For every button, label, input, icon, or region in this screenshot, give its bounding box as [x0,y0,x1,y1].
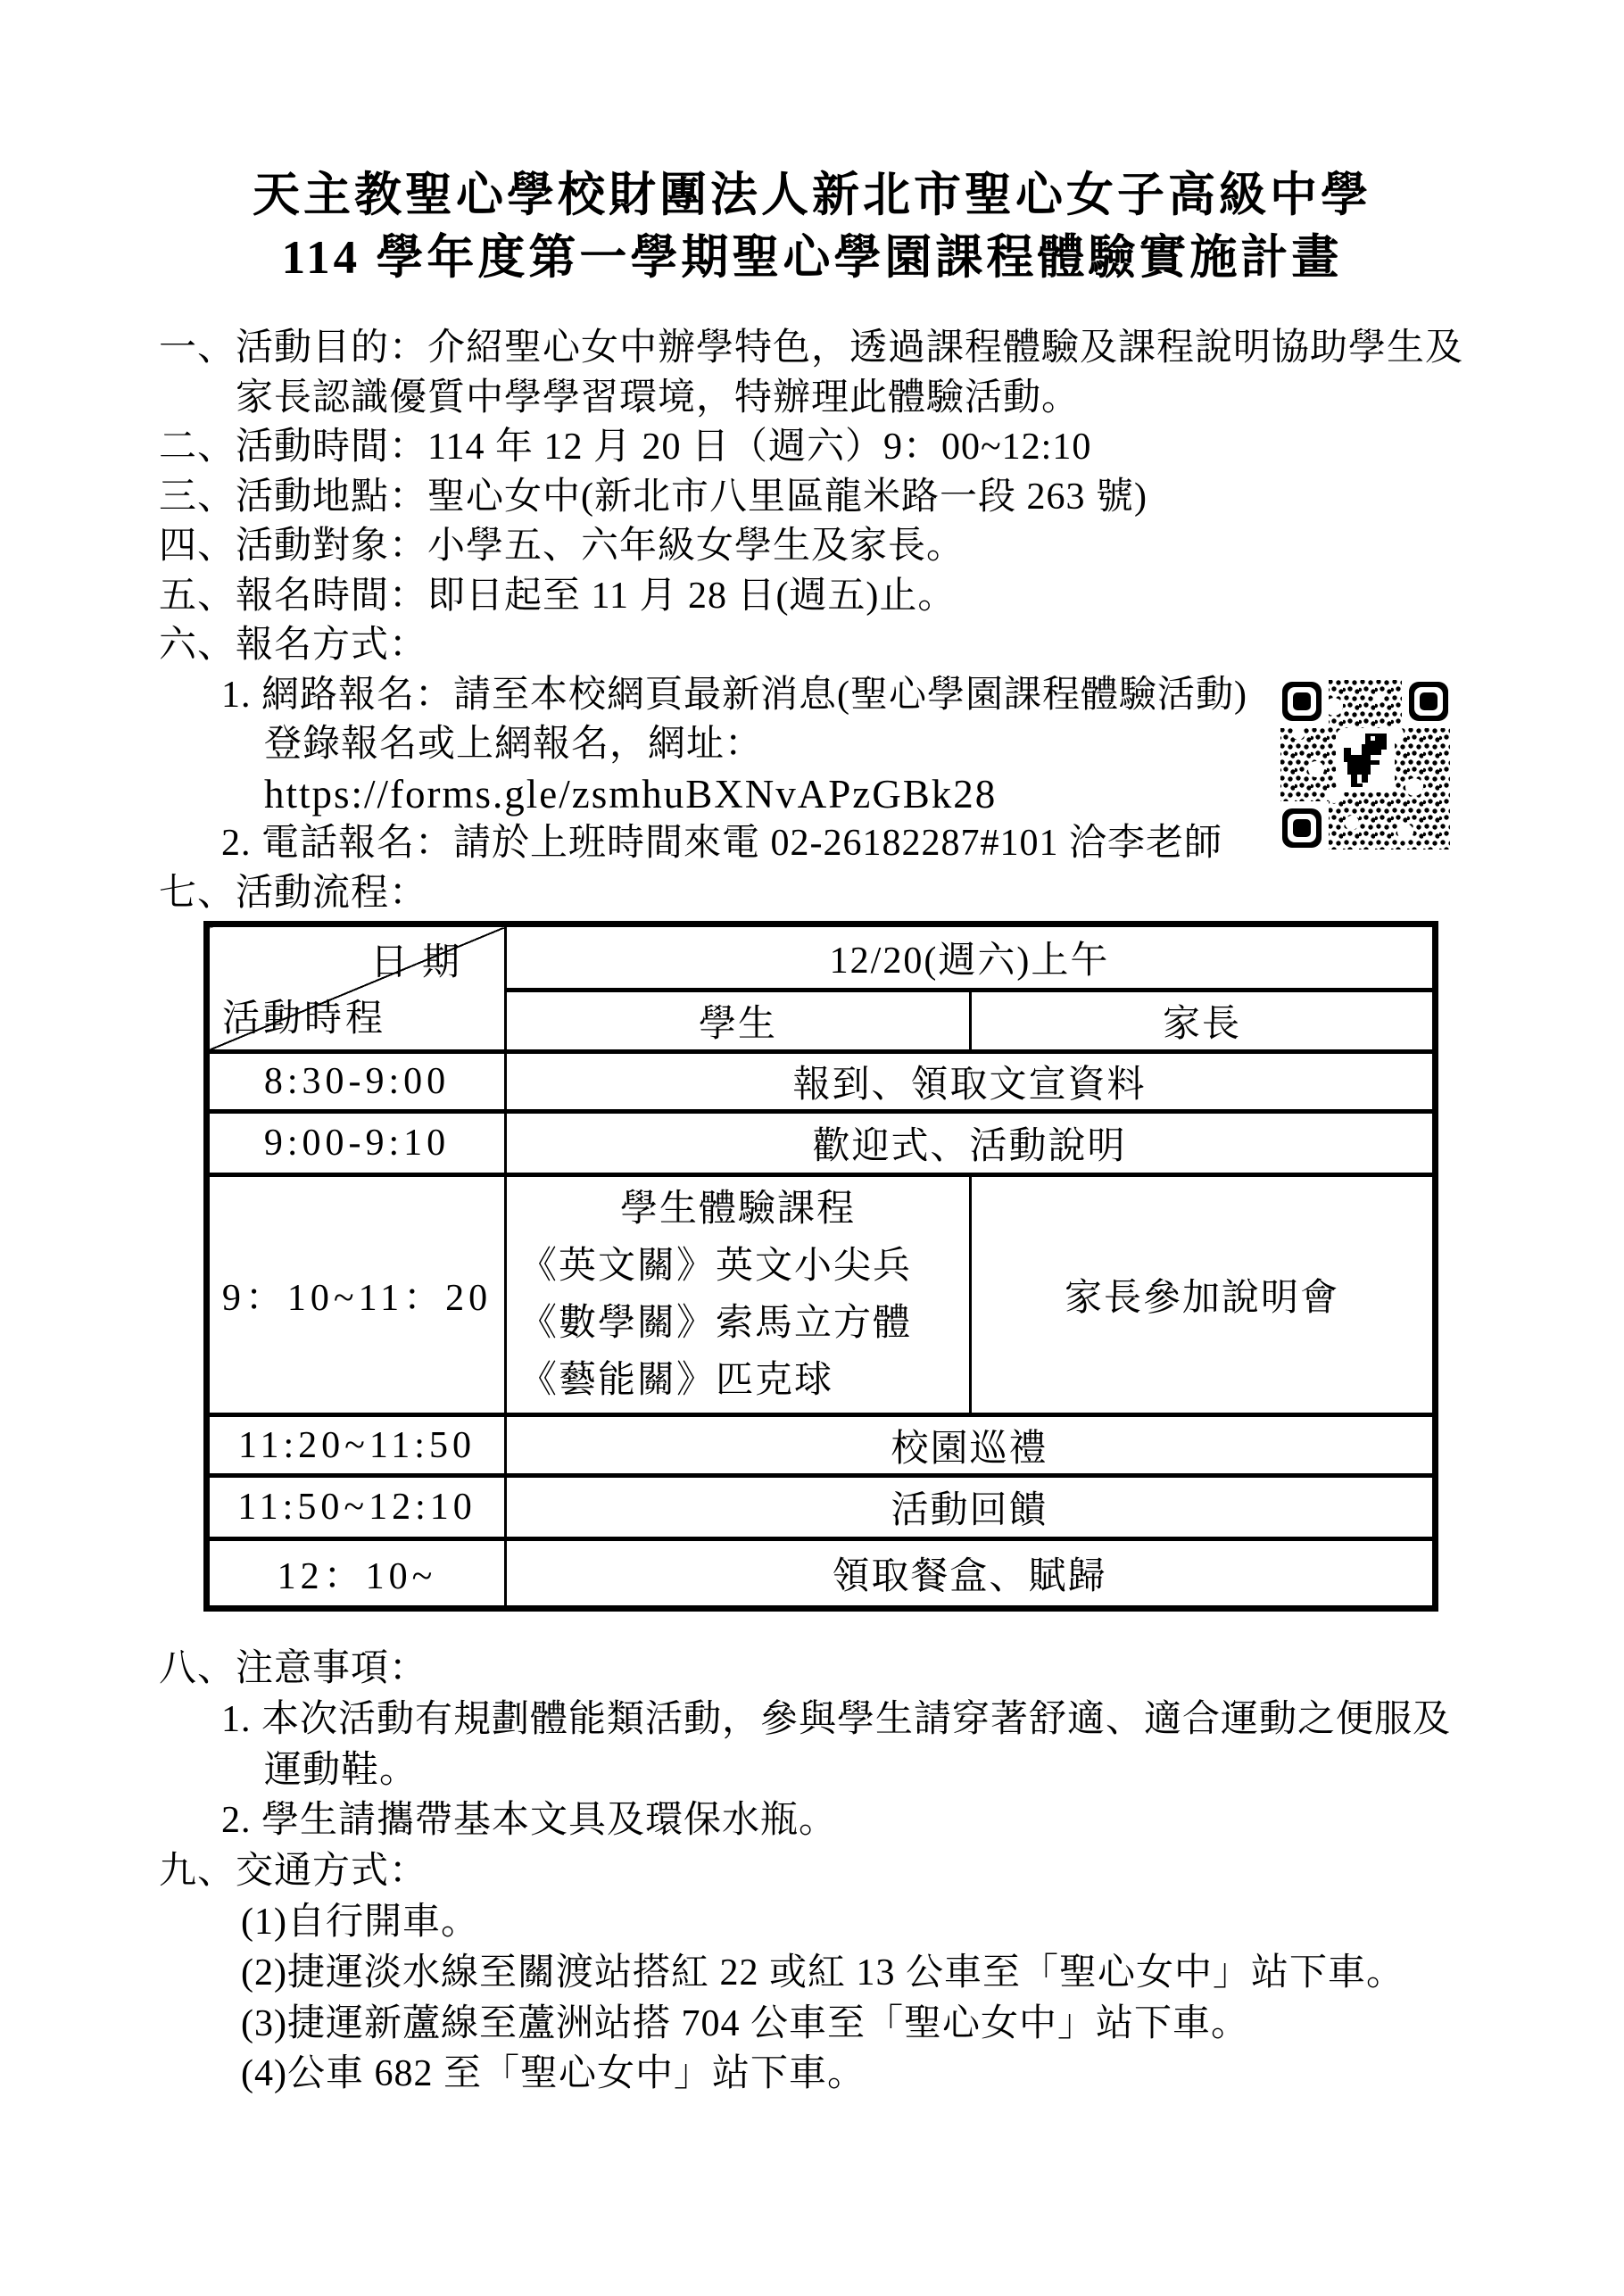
table-row: 12：10~ 領取餐盒、賦歸 [207,1539,1436,1609]
item-notes-heading: 八、注意事項： [159,1644,1451,1695]
table-row: 9:00-9:10 歡迎式、活動說明 [207,1112,1436,1175]
document-title-line2: 114 學年度第一學期聖心學園課程體驗實施計畫 [0,220,1624,287]
table-row: 11:20~11:50 校園巡禮 [207,1415,1436,1476]
item-transport-1: (1)自行開車。 [241,1897,1451,1948]
document-page: 天主教聖心學校財團法人新北市聖心女子高級中學 114 學年度第一學期聖心學園課程… [0,0,1624,2296]
item-transport-heading: 九、交通方式： [159,1846,1451,1897]
item-audience: 四、活動對象：小學五、六年級女學生及家長。 [159,522,1463,572]
item-online-registration: 1. 網路報名：請至本校網頁最新消息(聖心學園課程體驗活動) [221,671,1463,721]
row-time: 11:50~12:10 [207,1476,506,1539]
row-time: 11:20~11:50 [207,1415,506,1476]
row-time: 9：10~11：20 [207,1175,506,1415]
qr-code [1279,678,1452,851]
table-row: 9：10~11：20 學生體驗課程 《英文關》英文小尖兵 《數學關》索馬立方體 … [207,1175,1436,1415]
row-time: 8:30-9:00 [207,1052,506,1112]
row-activity: 校園巡禮 [506,1415,1436,1476]
row-activity: 歡迎式、活動說明 [506,1112,1436,1175]
row-activity: 領取餐盒、賦歸 [506,1539,1436,1609]
corner-time-label: 活動時程 [222,989,386,1042]
row-time: 9:00-9:10 [207,1112,506,1175]
item-purpose-cont: 家長認識優質中學學習環境，特辦理此體驗活動。 [236,374,1463,424]
document-title-line1: 天主教聖心學校財團法人新北市聖心女子高級中學 [0,157,1624,225]
table-parent-header: 家長 [971,991,1436,1052]
table-row: 11:50~12:10 活動回饋 [207,1476,1436,1539]
table-row: 8:30-9:00 報到、領取文宣資料 [207,1052,1436,1112]
course-line: 《數學關》索馬立方體 [507,1295,969,1352]
item-phone-registration: 2. 電話報名：請於上班時間來電 02-26182287#101 洽李老師 [221,819,1463,869]
item-location: 三、活動地點：聖心女中(新北市八里區龍米路一段 263 號) [159,473,1463,523]
table-student-header: 學生 [506,991,971,1052]
row-time: 12：10~ [207,1539,506,1609]
item-note-1: 1. 本次活動有規劃體能類活動，參與學生請穿著舒適、適合運動之便服及 [221,1695,1451,1745]
course-line: 《英文關》英文小尖兵 [507,1238,969,1295]
body-bottom-block: 八、注意事項： 1. 本次活動有規劃體能類活動，參與學生請穿著舒適、適合運動之便… [159,1644,1451,2100]
table-corner-cell: 日期 活動時程 [207,924,506,1052]
corner-date-label: 日期 [370,932,474,986]
body-top-block: 一、活動目的：介紹聖心女中辦學特色，透過課程體驗及課程說明協助學生及 家長認識優… [159,324,1463,918]
row-activity: 活動回饋 [506,1476,1436,1539]
course-line: 《藝能關》匹克球 [507,1352,969,1409]
item-transport-3: (3)捷運新蘆線至蘆洲站搭 704 公車至「聖心女中」站下車。 [241,1999,1451,2050]
course-line: 學生體驗課程 [507,1181,969,1238]
item-transport-2: (2)捷運淡水線至關渡站搭紅 22 或紅 13 公車至「聖心女中」站下車。 [241,1948,1451,1999]
item-registration-period: 五、報名時間：即日起至 11 月 28 日(週五)止。 [159,572,1463,622]
item-note-2: 2. 學生請攜帶基本文具及環保水瓶。 [221,1795,1451,1846]
item-registration-method: 六、報名方式： [159,621,1463,671]
schedule-table: 日期 活動時程 12/20(週六)上午 學生 家長 8:30-9:00 報到、領… [203,921,1438,1612]
row-activity: 報到、領取文宣資料 [506,1052,1436,1112]
item-time: 二、活動時間：114 年 12 月 20 日（週六）9：00~12:10 [159,423,1463,473]
item-note-1-cont: 運動鞋。 [264,1745,1451,1796]
student-courses-cell: 學生體驗課程 《英文關》英文小尖兵 《數學關》索馬立方體 《藝能關》匹克球 [506,1175,971,1415]
item-purpose: 一、活動目的：介紹聖心女中辦學特色，透過課程體驗及課程說明協助學生及 [159,324,1463,374]
item-transport-4: (4)公車 682 至「聖心女中」站下車。 [241,2049,1451,2100]
item-schedule-heading: 七、活動流程： [159,869,1463,919]
table-date-header: 12/20(週六)上午 [506,924,1436,991]
parent-activity-cell: 家長參加說明會 [971,1175,1436,1415]
